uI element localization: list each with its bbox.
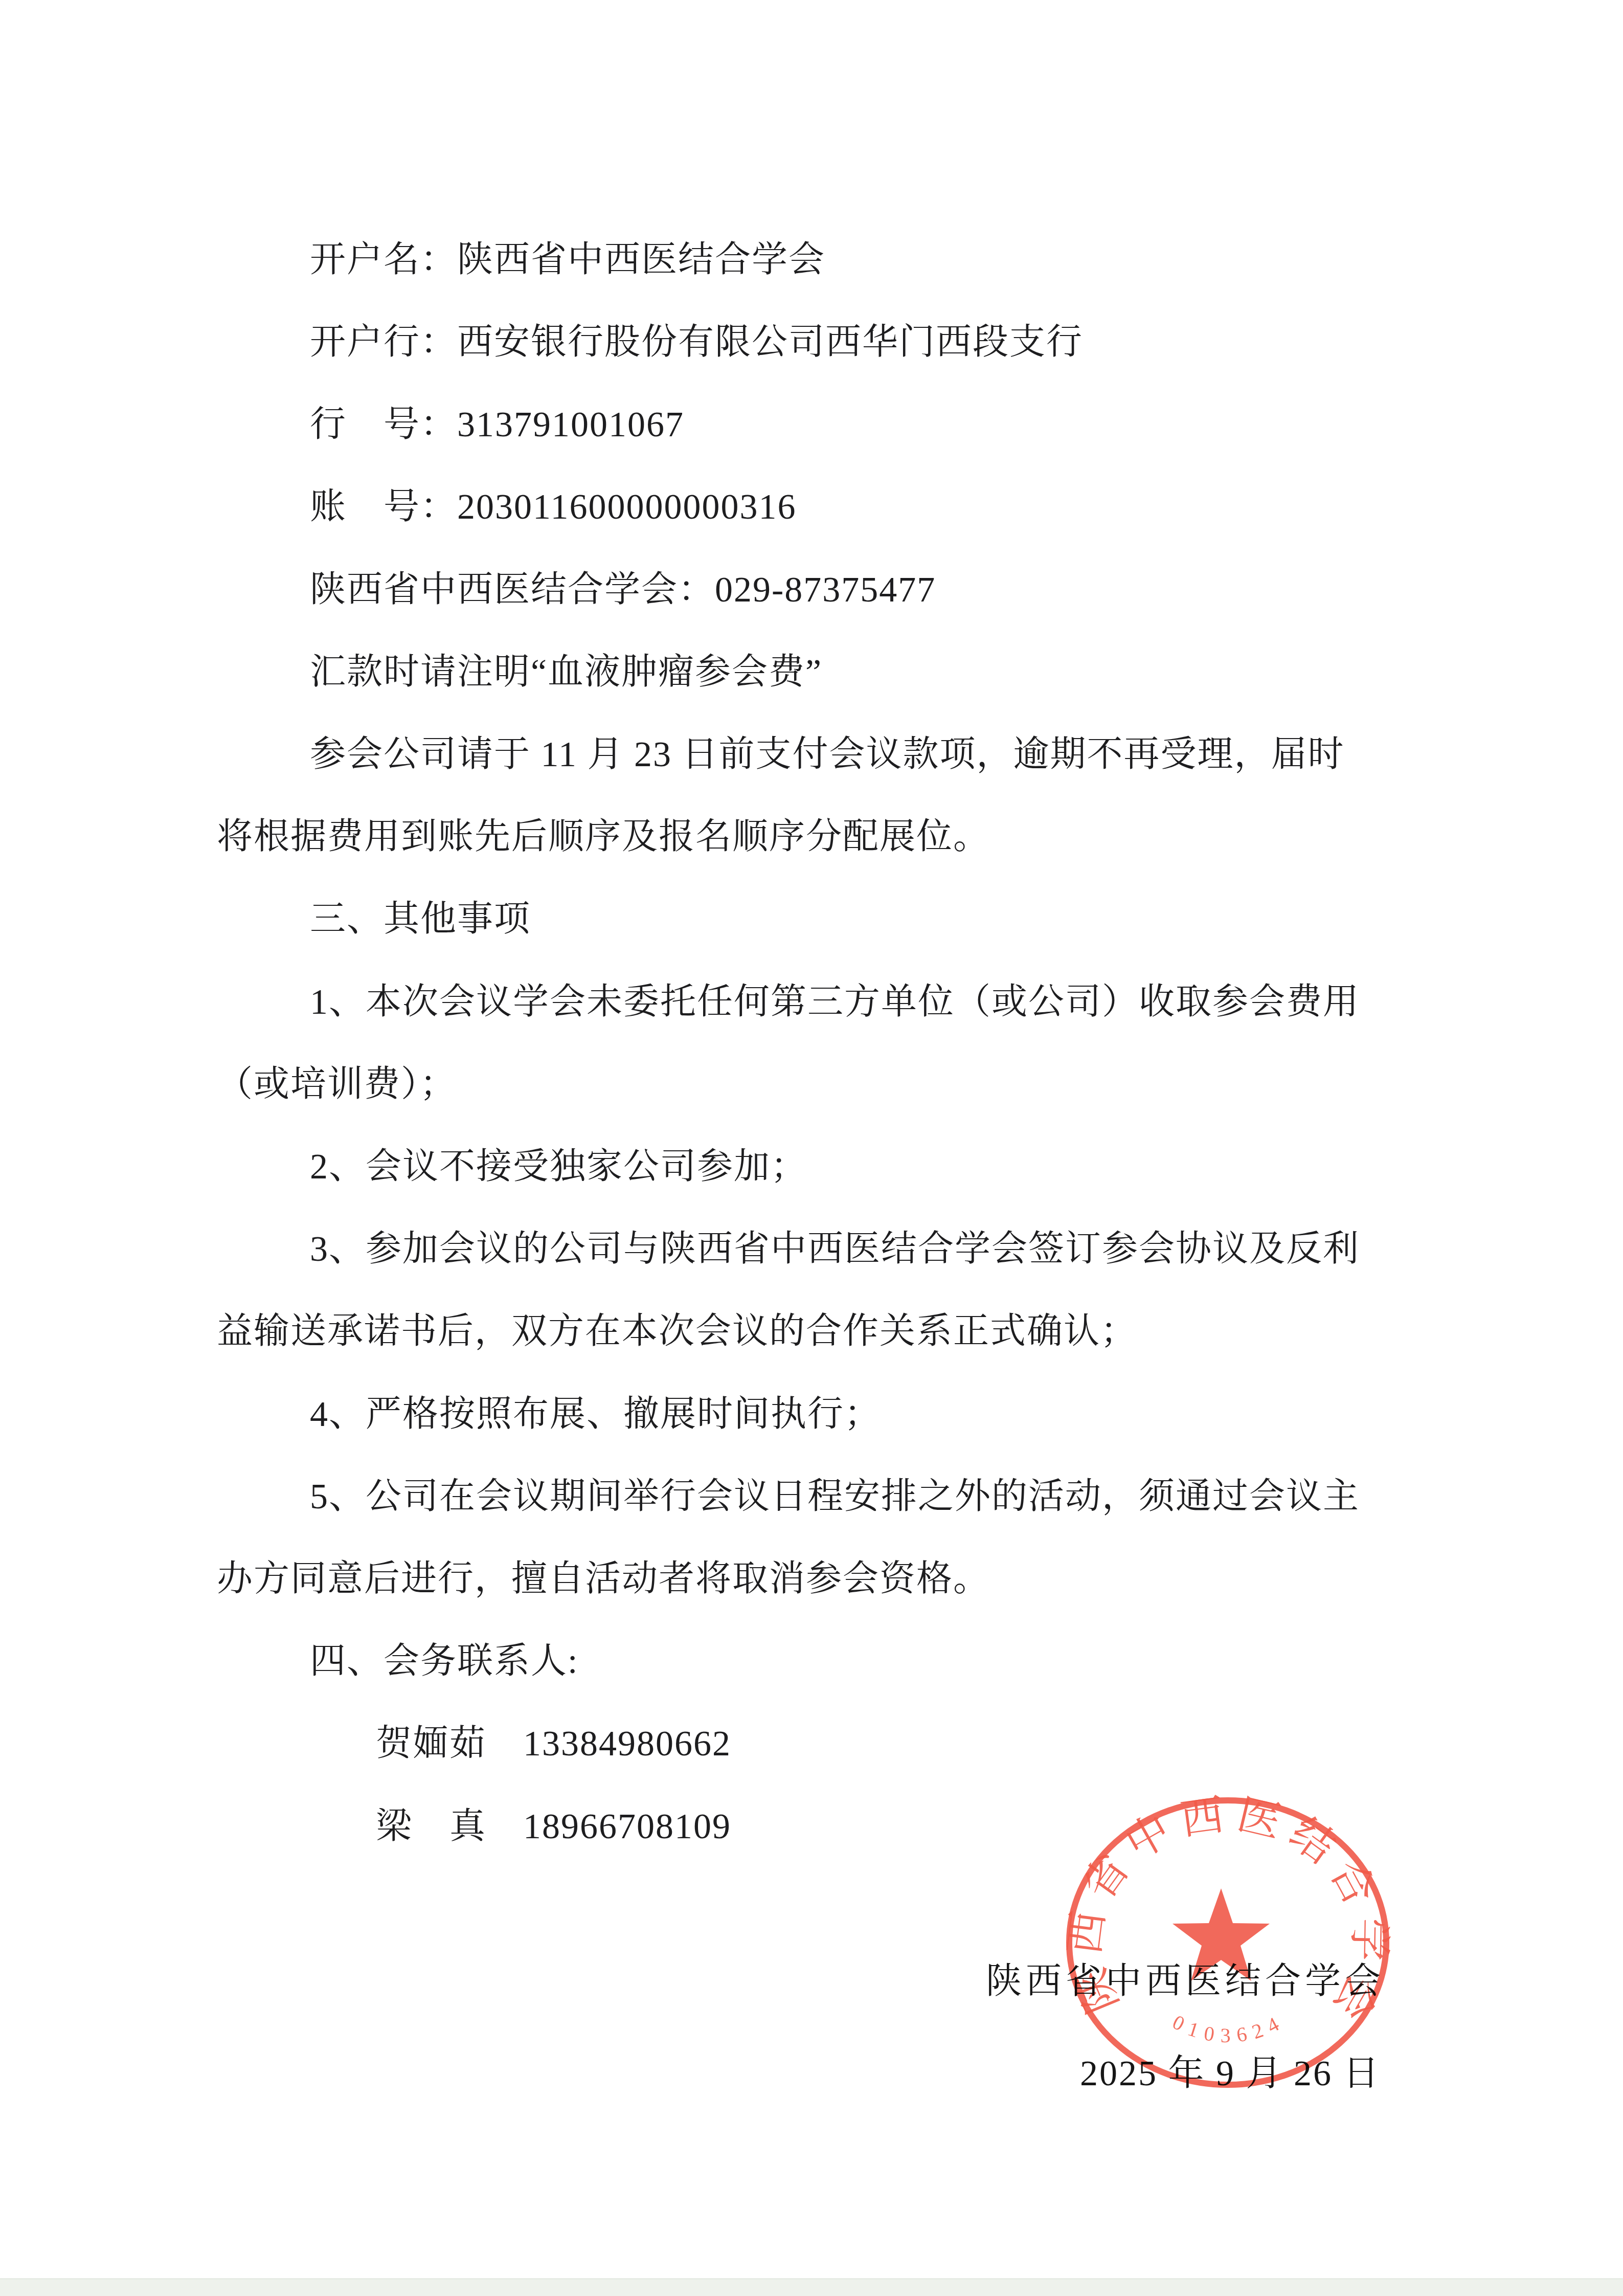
document-page: 开户名：陕西省中西医结合学会 开户行：西安银行股份有限公司西华门西段支行 行 号… (0, 0, 1623, 2296)
section-heading: 四、会务联系人: (310, 1643, 578, 1681)
svg-text:0103624: 0103624 (1169, 2009, 1289, 2047)
body-line: 账 号：203011600000000316 (310, 488, 796, 526)
contact-line: 梁 真 18966708109 (376, 1808, 731, 1846)
body-line: 陕西省中西医结合学会：029-87375477 (310, 571, 936, 609)
section-heading: 三、其他事项 (310, 901, 531, 939)
body-line: 开户名：陕西省中西医结合学会 (310, 241, 825, 279)
body-line: 参会公司请于 11 月 23 日前支付会议款项，逾期不再受理，届时 (310, 736, 1344, 774)
contact-line: 贺媔茹 13384980662 (376, 1725, 731, 1763)
body-line: 办方同意后进行，擅自活动者将取消参会资格。 (217, 1561, 990, 1598)
body-line: 开户行：西安银行股份有限公司西华门西段支行 (310, 324, 1083, 362)
body-line: 将根据费用到账先后顺序及报名顺序分配展位。 (217, 818, 990, 856)
body-line: 3、参加会议的公司与陕西省中西医结合学会签订参会协议及反利 (310, 1231, 1360, 1268)
body-line: 2、会议不接受独家公司参加； (310, 1148, 807, 1186)
official-seal-stamp: 陕西省中西医结合学会 0103624 (1062, 1794, 1394, 2091)
stamp-serial-number: 0103624 (1169, 2009, 1289, 2047)
body-line: 行 号：313791001067 (310, 406, 684, 444)
scan-edge-artifact (0, 2278, 1623, 2296)
body-line: 1、本次会议学会未委托任何第三方单位（或公司）收取参会费用 (310, 984, 1360, 1021)
star-icon (1173, 1888, 1270, 1981)
body-line: 益输送承诺书后，双方在本次会议的合作关系正式确认； (217, 1313, 1137, 1351)
body-line: （或培训费）； (217, 1066, 457, 1104)
body-line: 汇款时请注明“血液肿瘤参会费” (310, 654, 822, 692)
body-line: 4、严格按照布展、撤展时间执行； (310, 1396, 881, 1434)
body-line: 5、公司在会议期间举行会议日程安排之外的活动，须通过会议主 (310, 1478, 1360, 1516)
